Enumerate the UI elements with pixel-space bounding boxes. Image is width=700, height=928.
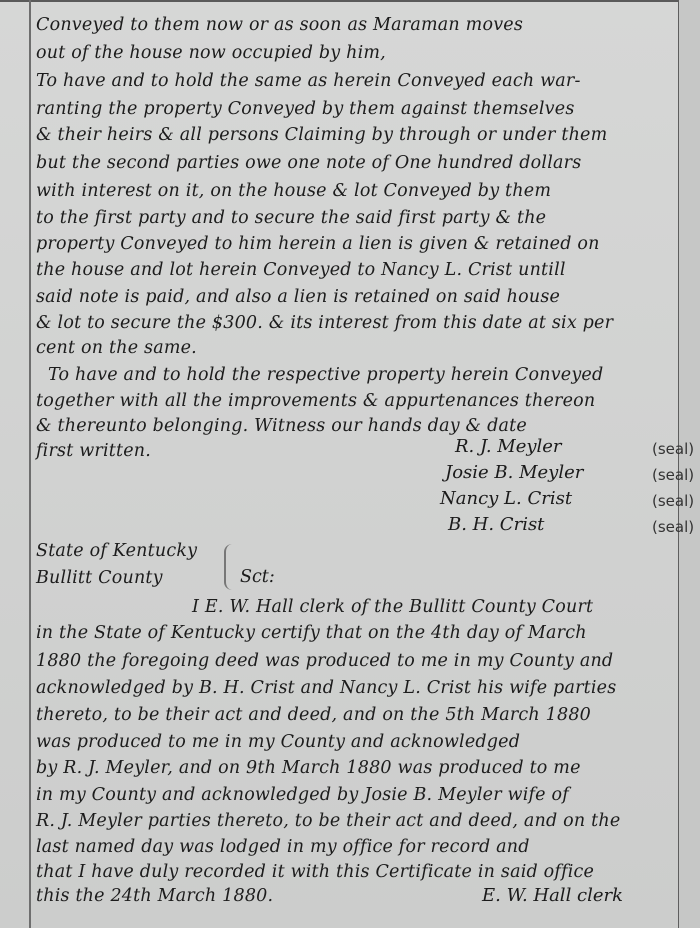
signature-bh-crist: B. H. Crist	[448, 514, 544, 535]
signature-rj-meyler: R. J. Meyler	[455, 436, 562, 457]
seal-icon: (seal)	[652, 518, 694, 536]
certificate-line: 1880 the foregoing deed was produced to …	[36, 650, 676, 672]
deed-line: but the second parties owe one note of O…	[36, 152, 676, 174]
page-top-edge	[0, 0, 700, 2]
deed-line: cent on the same.	[36, 337, 676, 359]
deed-line: To have and to hold the respective prope…	[48, 364, 688, 386]
certificate-line: R. J. Meyler parties thereto, to be thei…	[36, 810, 676, 832]
deed-record-page: Conveyed to them now or as soon as Maram…	[0, 0, 700, 928]
seal-icon: (seal)	[652, 492, 694, 510]
deed-line: & thereunto belonging. Witness our hands…	[36, 415, 676, 437]
deed-line: said note is paid, and also a lien is re…	[36, 286, 676, 308]
seal-icon: (seal)	[652, 466, 694, 484]
certificate-line: that I have duly recorded it with this C…	[36, 861, 676, 883]
left-margin-rule	[29, 0, 31, 928]
certificate-line: in the State of Kentucky certify that on…	[36, 622, 676, 644]
deed-line: & their heirs & all persons Claiming by …	[36, 124, 676, 146]
deed-line: Conveyed to them now or as soon as Maram…	[36, 14, 676, 36]
certificate-line: in my County and acknowledged by Josie B…	[36, 784, 676, 806]
deed-line: first written.	[36, 440, 676, 462]
seal-icon: (seal)	[652, 440, 694, 458]
deed-line: To have and to hold the same as herein C…	[36, 70, 676, 92]
certificate-line: acknowledged by B. H. Crist and Nancy L.…	[36, 677, 676, 699]
deed-line: to the first party and to secure the sai…	[36, 207, 676, 229]
certificate-line: was produced to me in my County and ackn…	[36, 731, 676, 753]
certificate-line: thereto, to be their act and deed, and o…	[36, 704, 676, 726]
certificate-line: by R. J. Meyler, and on 9th March 1880 w…	[36, 757, 676, 779]
deed-line: out of the house now occupied by him,	[36, 42, 676, 64]
deed-line: together with all the improvements & app…	[36, 390, 676, 412]
signature-josie-meyler: Josie B. Meyler	[445, 462, 583, 483]
deed-line: with interest on it, on the house & lot …	[36, 180, 676, 202]
clerk-signature: E. W. Hall clerk	[482, 885, 623, 906]
venue-brace	[224, 544, 236, 590]
venue-county: Bullitt County	[36, 567, 676, 589]
venue-state: State of Kentucky	[36, 540, 676, 562]
deed-line: the house and lot herein Conveyed to Nan…	[36, 259, 676, 281]
certificate-line: I E. W. Hall clerk of the Bullitt County…	[192, 596, 700, 618]
venue-sct: Sct:	[240, 567, 275, 587]
deed-line: & lot to secure the $300. & its interest…	[36, 312, 676, 334]
deed-line: property Conveyed to him herein a lien i…	[36, 233, 676, 255]
page-gutter	[679, 0, 700, 928]
certificate-line: last named day was lodged in my office f…	[36, 836, 676, 858]
deed-line: ranting the property Conveyed by them ag…	[36, 98, 676, 120]
signature-nancy-crist: Nancy L. Crist	[440, 488, 572, 509]
